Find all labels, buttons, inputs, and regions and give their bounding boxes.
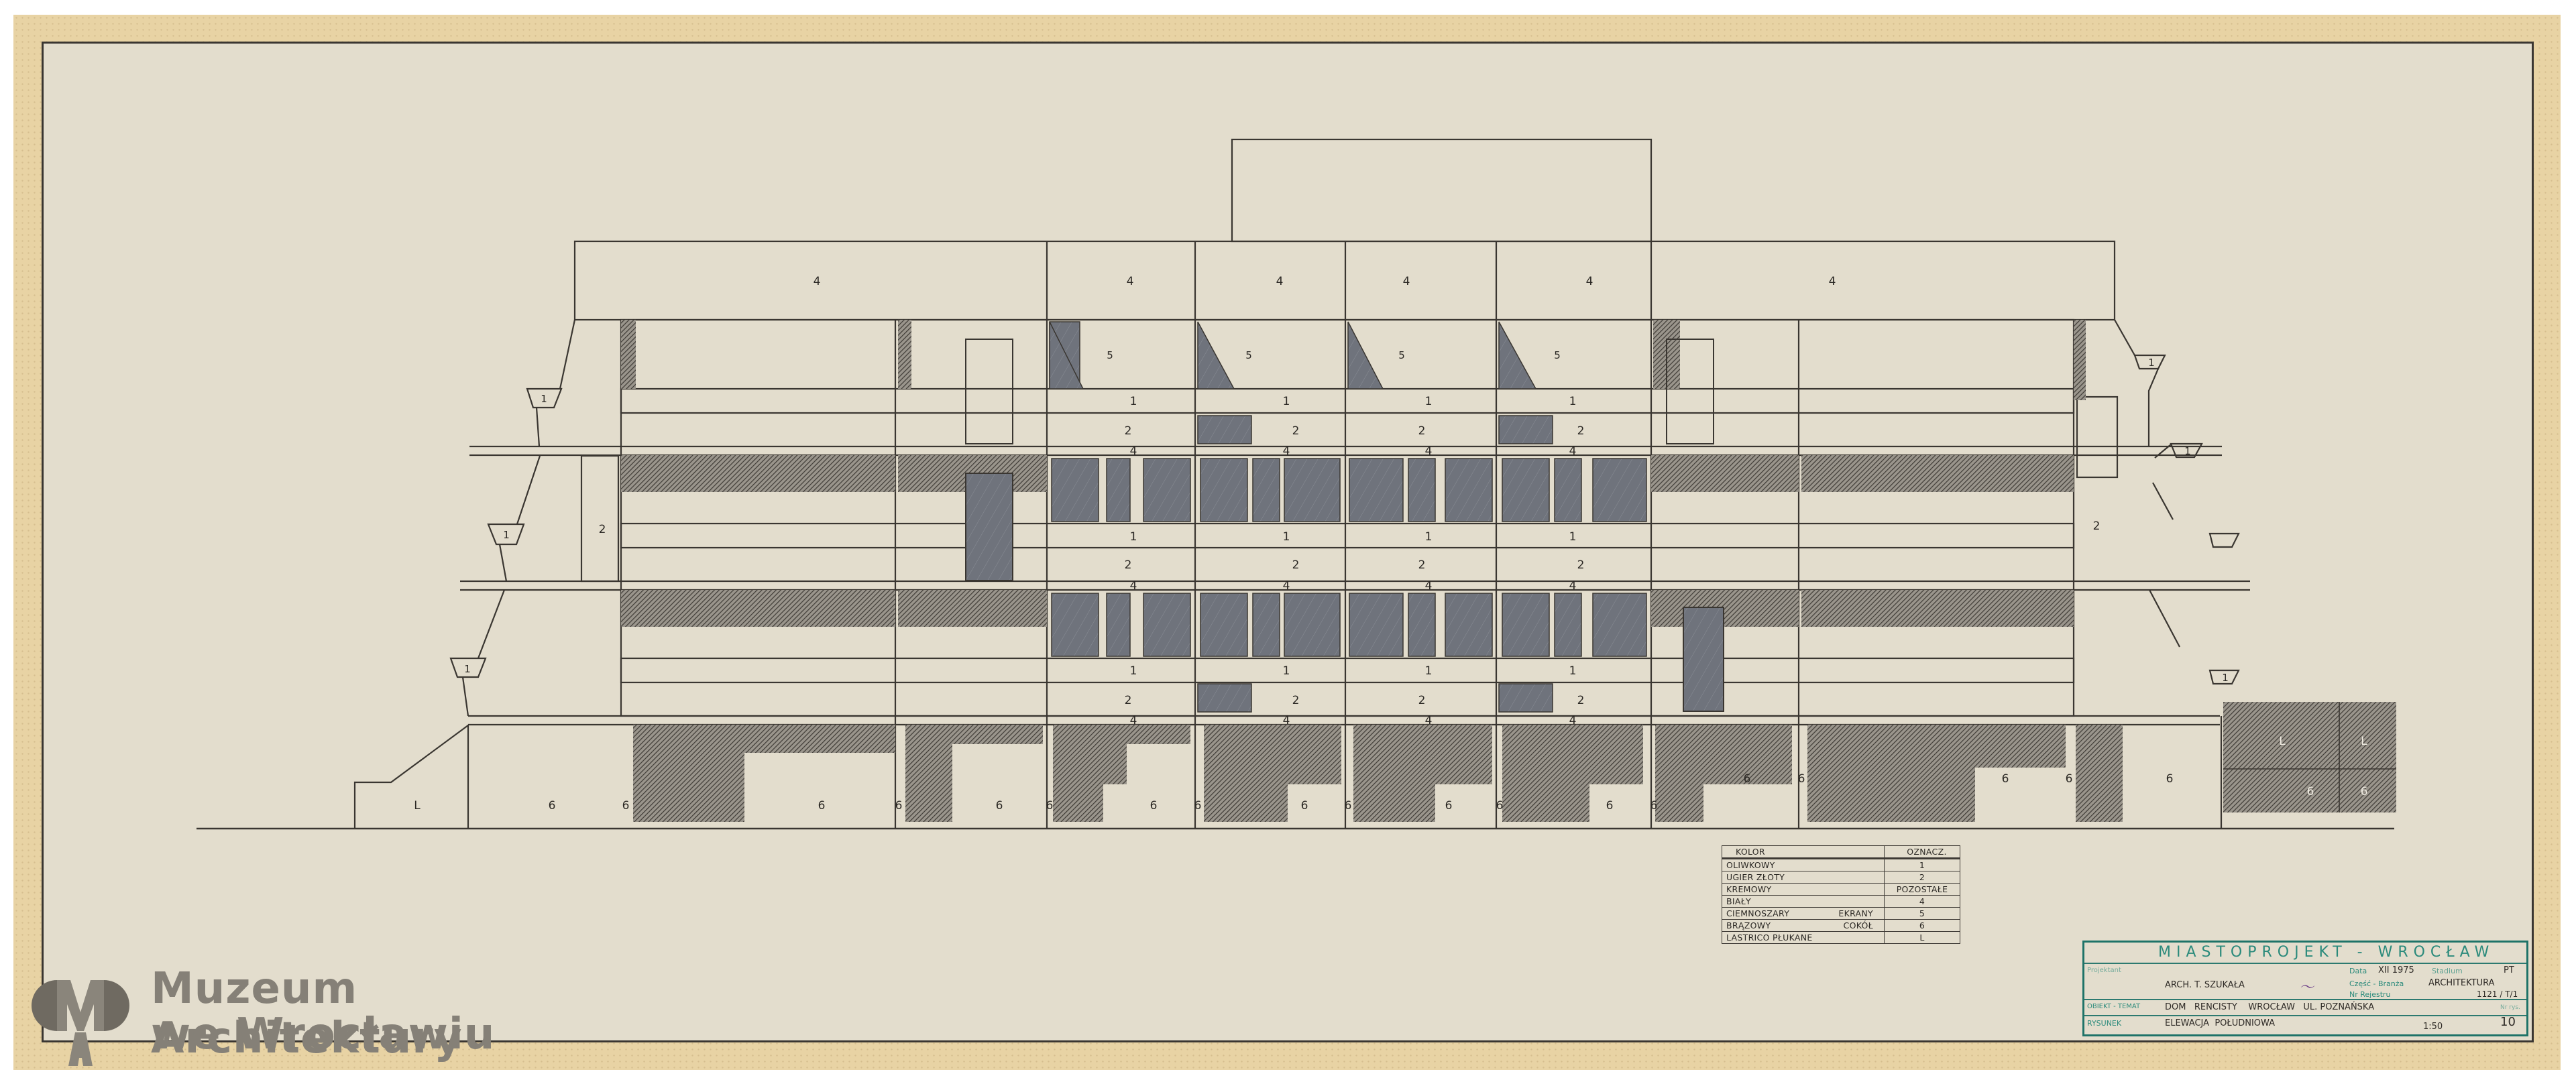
svg-text:4: 4 bbox=[814, 275, 821, 288]
legend-header-code: OZNACZ. bbox=[1885, 846, 1960, 859]
legend-code: POZOSTAŁE bbox=[1885, 884, 1960, 896]
signature: 〜 bbox=[2299, 976, 2314, 997]
legend-code: 5 bbox=[1885, 908, 1960, 920]
svg-text:6: 6 bbox=[1650, 799, 1658, 812]
drawing-sheet: 4 4 4 4 4 4 5 5 5 5 1 1 1 1 1 1 1 1 1 1 … bbox=[0, 0, 2576, 1086]
svg-text:5: 5 bbox=[1554, 349, 1561, 361]
svg-text:6: 6 bbox=[1606, 799, 1614, 812]
svg-text:2: 2 bbox=[599, 523, 606, 536]
svg-text:4: 4 bbox=[1283, 714, 1290, 727]
legend-header-color: KOLOR bbox=[1722, 846, 1885, 859]
branch-value: ARCHITEKTURA bbox=[2428, 978, 2495, 988]
designer-name: ARCH. T. SZUKAŁA bbox=[2165, 980, 2245, 990]
svg-text:6: 6 bbox=[996, 799, 1003, 812]
svg-text:2: 2 bbox=[1292, 694, 1300, 707]
svg-text:2: 2 bbox=[1577, 558, 1585, 572]
svg-text:6: 6 bbox=[1445, 799, 1453, 812]
title-block: MIASTOPROJEKT - WROCŁAW Projektant ARCH.… bbox=[2082, 941, 2528, 1036]
svg-text:1: 1 bbox=[1425, 395, 1433, 408]
legend-row: BRĄZOWYCOKÓŁ 6 bbox=[1722, 920, 1960, 932]
svg-text:6: 6 bbox=[549, 799, 556, 812]
legend-code: L bbox=[1885, 932, 1960, 944]
branch-label: Część - Branża bbox=[2349, 979, 2404, 988]
register-label: Nr Rejestru bbox=[2349, 990, 2391, 999]
legend-color: OLIWKOWY bbox=[1726, 860, 1775, 870]
svg-text:1: 1 bbox=[464, 663, 471, 675]
svg-text:2: 2 bbox=[1125, 424, 1132, 438]
svg-text:L: L bbox=[2361, 735, 2367, 748]
svg-text:6: 6 bbox=[2066, 772, 2073, 786]
svg-text:6: 6 bbox=[818, 799, 826, 812]
sheet-no-label: Nr rys. bbox=[2500, 1004, 2520, 1011]
left-stepped-wall bbox=[355, 320, 618, 829]
legend-row: KREMOWY POZOSTAŁE bbox=[1722, 884, 1960, 896]
date-label: Data bbox=[2349, 967, 2367, 975]
svg-text:2: 2 bbox=[1418, 558, 1426, 572]
svg-text:4: 4 bbox=[1127, 275, 1134, 288]
legend-code: 1 bbox=[1885, 859, 1960, 871]
svg-text:4: 4 bbox=[1130, 579, 1137, 593]
svg-text:6: 6 bbox=[2166, 772, 2174, 786]
svg-text:1: 1 bbox=[1569, 530, 1577, 544]
legend-note: EKRANY bbox=[1838, 908, 1873, 918]
svg-text:6: 6 bbox=[1301, 799, 1308, 812]
legend-color: UGIER ZŁOTY bbox=[1726, 872, 1785, 882]
svg-text:2: 2 bbox=[1418, 424, 1426, 438]
legend-color: CIEMNOSZARY bbox=[1726, 908, 1789, 918]
svg-text:4: 4 bbox=[1425, 579, 1433, 593]
legend-row: UGIER ZŁOTY 2 bbox=[1722, 871, 1960, 884]
svg-text:6: 6 bbox=[1744, 772, 1751, 786]
svg-text:1: 1 bbox=[1130, 664, 1137, 678]
svg-text:4: 4 bbox=[1283, 444, 1290, 458]
penthouse-block bbox=[1232, 139, 1651, 241]
legend-code: 4 bbox=[1885, 896, 1960, 908]
svg-text:4: 4 bbox=[1276, 275, 1284, 288]
designer-label: Projektant bbox=[2087, 967, 2121, 974]
svg-text:1: 1 bbox=[1569, 664, 1577, 678]
drawing-value: ELEWACJA POŁUDNIOWA bbox=[2165, 1018, 2275, 1028]
stage-label: Stadium bbox=[2432, 967, 2463, 975]
svg-text:4: 4 bbox=[1130, 714, 1137, 727]
legend-note: COKÓŁ bbox=[1844, 920, 1873, 930]
svg-text:2: 2 bbox=[1292, 424, 1300, 438]
svg-text:6: 6 bbox=[1496, 799, 1504, 812]
svg-text:6: 6 bbox=[1046, 799, 1054, 812]
svg-text:1: 1 bbox=[1283, 530, 1290, 544]
svg-text:6: 6 bbox=[622, 799, 630, 812]
svg-text:1: 1 bbox=[541, 393, 547, 405]
svg-text:4: 4 bbox=[1403, 275, 1410, 288]
svg-text:1: 1 bbox=[1425, 664, 1433, 678]
svg-text:1: 1 bbox=[1425, 530, 1433, 544]
facade-outline bbox=[621, 320, 2074, 716]
svg-text:2: 2 bbox=[2093, 520, 2101, 533]
svg-text:2: 2 bbox=[1125, 694, 1132, 707]
svg-text:1: 1 bbox=[1130, 530, 1137, 544]
legend-color: LASTRICO PŁUKANE bbox=[1726, 932, 1813, 943]
svg-text:5: 5 bbox=[1398, 349, 1405, 361]
svg-text:4: 4 bbox=[1569, 714, 1577, 727]
legend-color: KREMOWY bbox=[1726, 884, 1772, 894]
svg-text:6: 6 bbox=[2002, 772, 2009, 786]
object-label: OBIEKT - TEMAT bbox=[2087, 1003, 2140, 1010]
svg-text:4: 4 bbox=[1425, 714, 1433, 727]
svg-text:4: 4 bbox=[1586, 275, 1593, 288]
svg-text:2: 2 bbox=[1577, 424, 1585, 438]
drawing-label: RYSUNEK bbox=[2087, 1019, 2121, 1028]
svg-text:4: 4 bbox=[1283, 579, 1290, 593]
sheet-no-value: 10 bbox=[2500, 1015, 2516, 1029]
svg-text:1: 1 bbox=[1283, 664, 1290, 678]
legend-code: 6 bbox=[1885, 920, 1960, 932]
svg-text:4: 4 bbox=[1829, 275, 1836, 288]
legend-header-row: KOLOR OZNACZ. bbox=[1722, 846, 1960, 859]
svg-text:2: 2 bbox=[1125, 558, 1132, 572]
window-screens bbox=[1050, 322, 1646, 712]
svg-text:1: 1 bbox=[2222, 672, 2229, 684]
svg-text:6: 6 bbox=[2307, 785, 2314, 798]
svg-text:2: 2 bbox=[1577, 694, 1585, 707]
svg-text:1: 1 bbox=[503, 529, 510, 541]
object-value: DOM RENCISTY WROCŁAW UL. POZNAŃSKA bbox=[2165, 1002, 2374, 1012]
svg-text:4: 4 bbox=[1569, 444, 1577, 458]
svg-text:1: 1 bbox=[2148, 357, 2155, 369]
svg-text:4: 4 bbox=[1569, 579, 1577, 593]
legend-code: 2 bbox=[1885, 871, 1960, 884]
color-legend-table: KOLOR OZNACZ. OLIWKOWY 1 UGIER ZŁOTY 2 K… bbox=[1722, 845, 1960, 944]
svg-text:1: 1 bbox=[1130, 395, 1137, 408]
svg-text:2: 2 bbox=[1418, 694, 1426, 707]
svg-text:5: 5 bbox=[1245, 349, 1252, 361]
svg-text:6: 6 bbox=[1150, 799, 1158, 812]
svg-text:4: 4 bbox=[1425, 444, 1433, 458]
svg-text:5: 5 bbox=[1107, 349, 1113, 361]
legend-row: BIAŁY 4 bbox=[1722, 896, 1960, 908]
legend-color: BRĄZOWY bbox=[1726, 920, 1771, 930]
svg-text:2: 2 bbox=[1292, 558, 1300, 572]
svg-text:4: 4 bbox=[1130, 444, 1137, 458]
legend-row: CIEMNOSZARYEKRANY 5 bbox=[1722, 908, 1960, 920]
svg-text:6: 6 bbox=[1345, 799, 1352, 812]
svg-text:1: 1 bbox=[1569, 395, 1577, 408]
museum-watermark: Muzeum Architektury we Wrocławiu bbox=[20, 965, 664, 1066]
svg-text:6: 6 bbox=[2361, 785, 2368, 798]
museum-logo-icon bbox=[20, 965, 148, 1066]
register-value: 1121 / T/1 bbox=[2477, 989, 2518, 999]
watermark-line2: we Wrocławiu bbox=[151, 1010, 495, 1059]
scale-value: 1:50 bbox=[2423, 1022, 2443, 1032]
svg-text:1: 1 bbox=[2184, 445, 2191, 457]
legend-color: BIAŁY bbox=[1726, 896, 1751, 906]
legend-row: OLIWKOWY 1 bbox=[1722, 859, 1960, 871]
elevation-drawing: 4 4 4 4 4 4 5 5 5 5 1 1 1 1 1 1 1 1 1 1 … bbox=[0, 0, 2576, 1086]
svg-text:L: L bbox=[414, 799, 421, 812]
date-value: XII 1975 bbox=[2378, 965, 2414, 975]
svg-text:6: 6 bbox=[1798, 772, 1805, 786]
office-name: MIASTOPROJEKT - WROCŁAW bbox=[2158, 944, 2494, 961]
stage-value: PT bbox=[2504, 965, 2514, 975]
hatched-shadows bbox=[621, 320, 2396, 822]
svg-text:L: L bbox=[2279, 735, 2286, 748]
legend-row: LASTRICO PŁUKANE L bbox=[1722, 932, 1960, 944]
svg-text:6: 6 bbox=[895, 799, 903, 812]
svg-text:1: 1 bbox=[1283, 395, 1290, 408]
svg-text:6: 6 bbox=[1194, 799, 1202, 812]
